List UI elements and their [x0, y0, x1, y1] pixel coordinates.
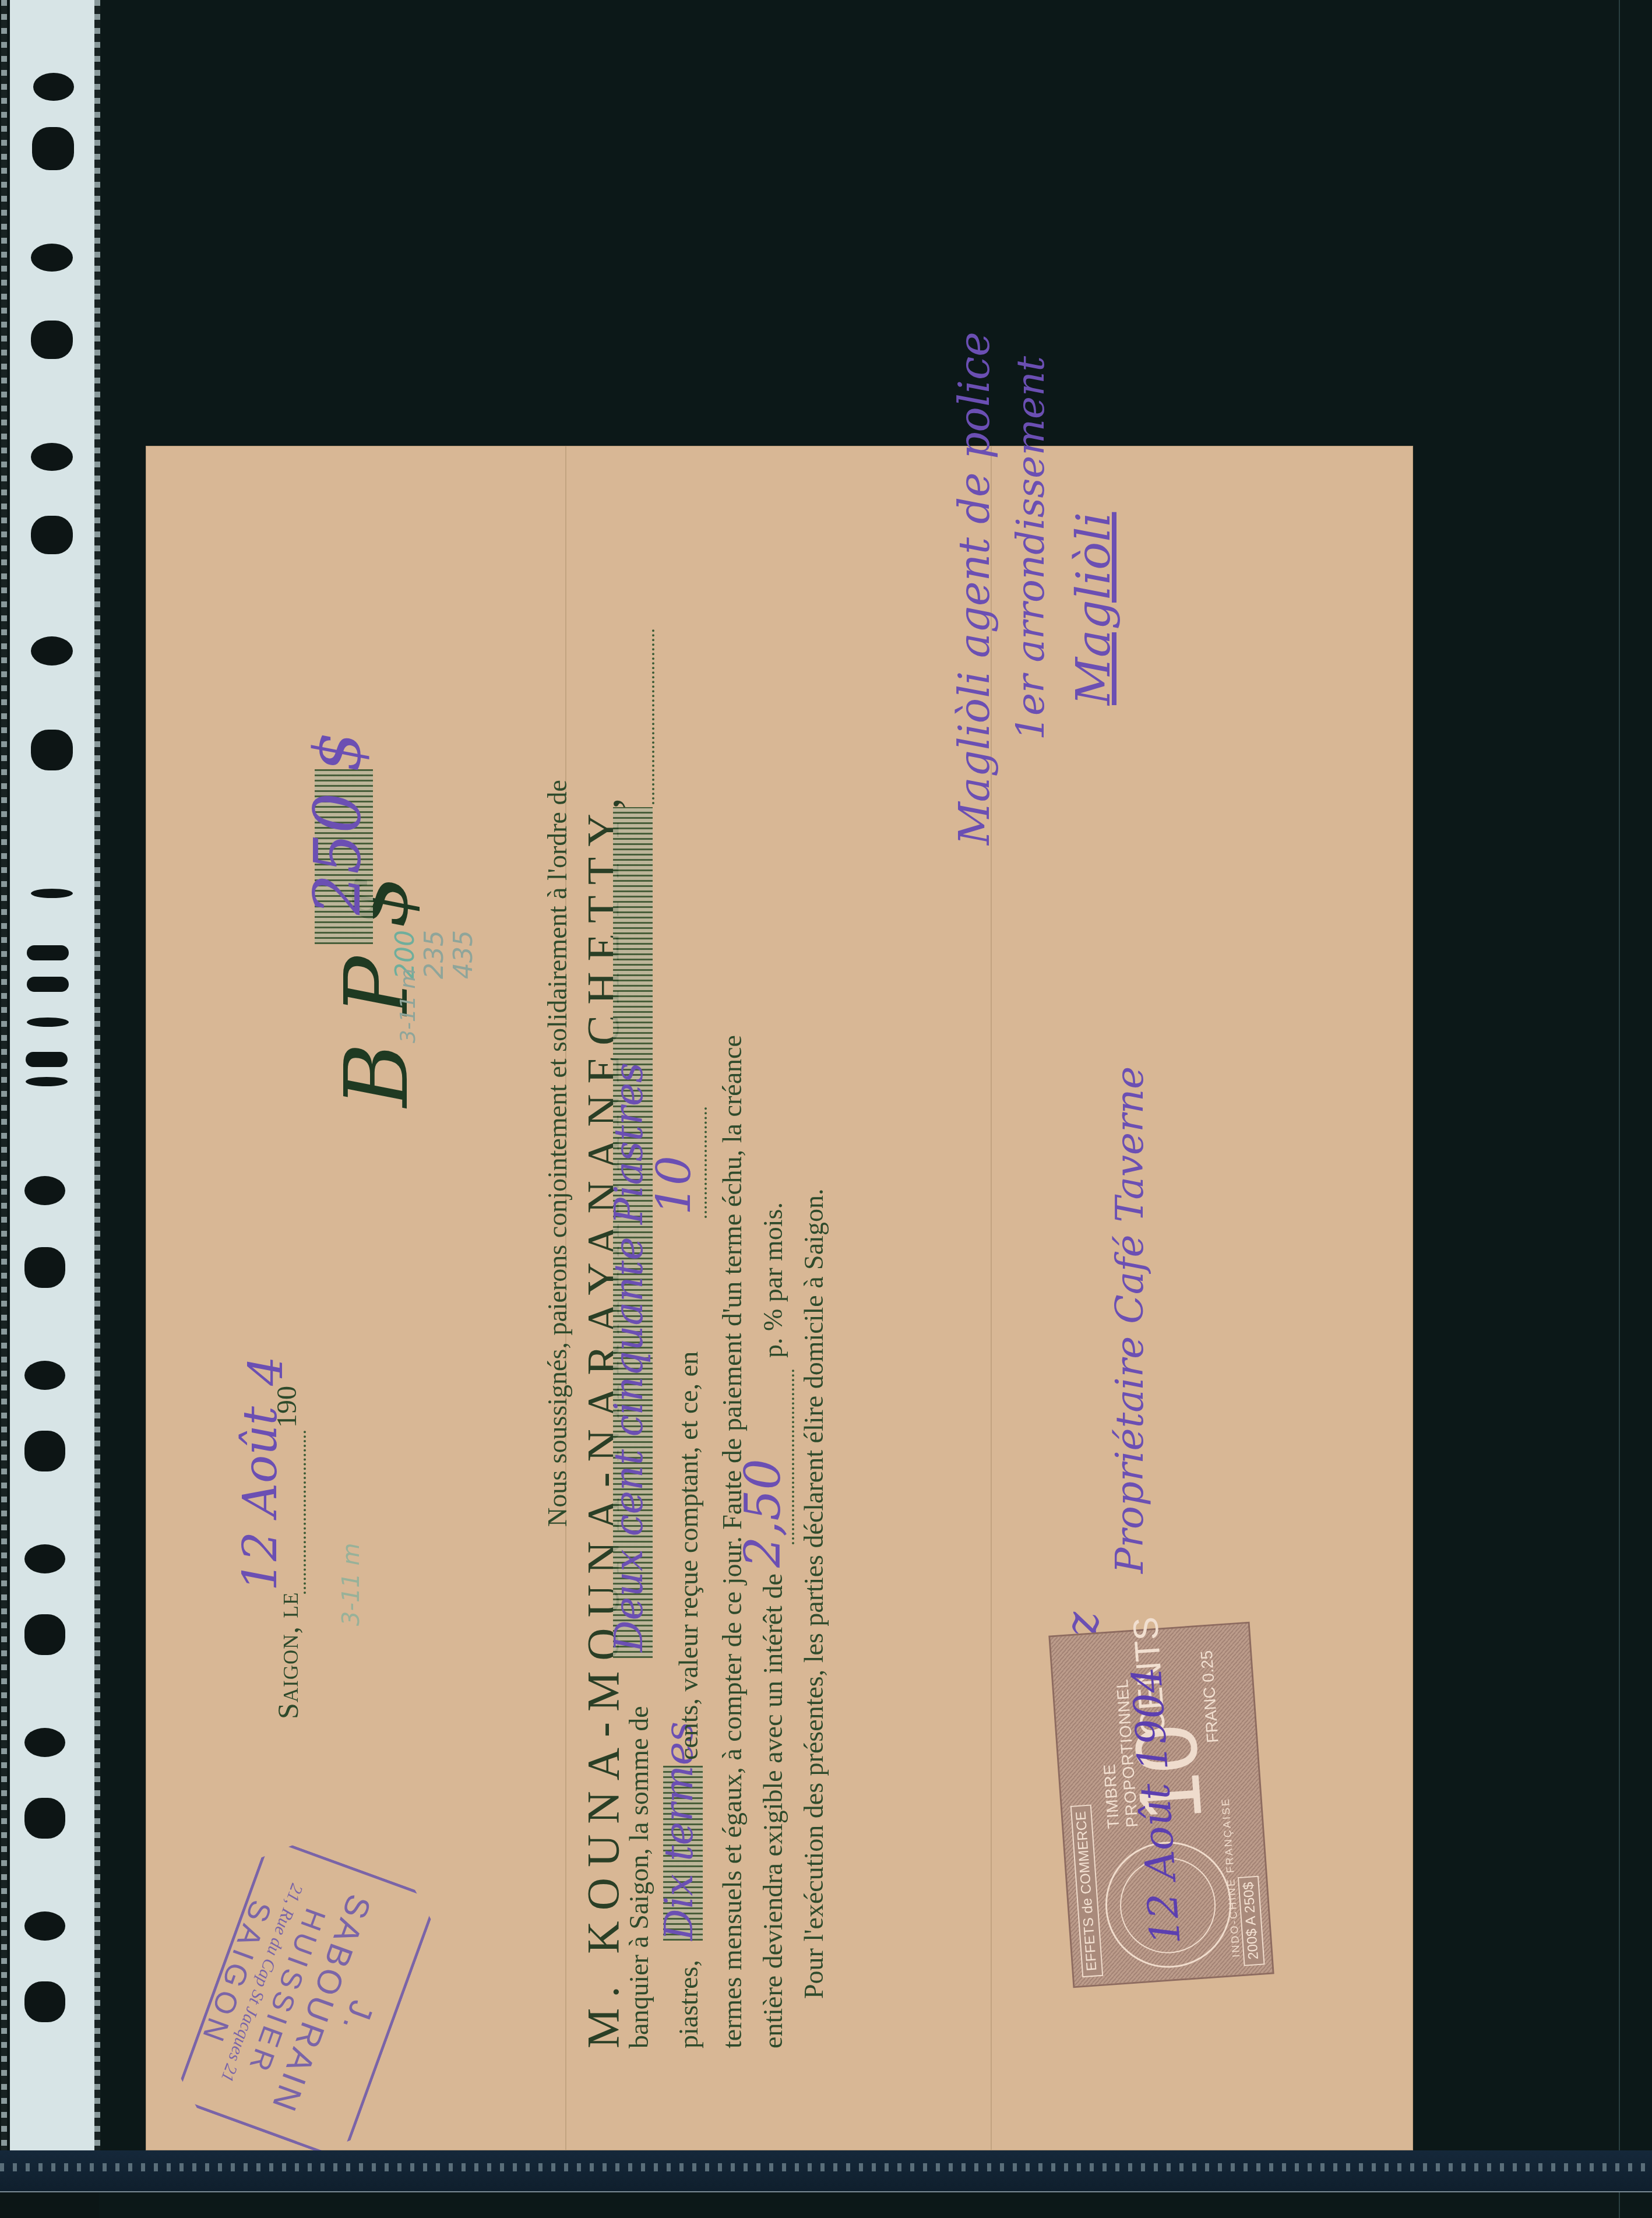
interest-dotted-line [787, 1369, 797, 1544]
body-line-7: Pour l'exécution des présentes, les part… [798, 1189, 829, 1999]
terms-handwritten: 10 [647, 1156, 701, 1215]
amount-handwritten: 250 $ [300, 731, 375, 915]
punch-hole [24, 1176, 65, 1205]
punch-hole [31, 730, 73, 770]
witness-line-2: 1er arrondissement [1008, 356, 1053, 740]
punch-hole [24, 1544, 65, 1573]
punch-hole [32, 127, 74, 170]
punch-hole [33, 73, 74, 101]
binder-edge [0, 0, 99, 2218]
punch-hole [27, 977, 69, 992]
revenue-stamp-top-label: EFFETS de COMMERCE [1070, 1805, 1103, 1977]
binder-strip [10, 0, 94, 2174]
punch-hole [31, 516, 73, 554]
sum-handwritten: Deux cent cinquante Piastres [606, 1062, 652, 1652]
punch-hole [27, 1018, 69, 1027]
punch-hole [24, 1798, 65, 1839]
sum-dotted-line [647, 629, 657, 804]
interest-handwritten: 2,50 [734, 1459, 791, 1568]
punch-hole [26, 1077, 68, 1086]
sleeve-stitch-right [94, 0, 100, 2174]
sleeve-bottom-stitch [0, 2163, 1652, 2171]
punch-hole [31, 443, 73, 471]
date-dotted-line [298, 1431, 309, 1594]
pencil-note-amount: 3-11 m [396, 969, 420, 1043]
punch-hole [24, 1431, 65, 1471]
revenue-stamp: EFFETS de COMMERCE INDO-CHINE FRANÇAISE … [1048, 1622, 1274, 1988]
punch-hole [31, 636, 73, 666]
body-line-4-prefix: piastres, [673, 1960, 704, 2048]
punch-hole [24, 1981, 65, 2022]
punch-hole [24, 1728, 65, 1757]
punch-hole [27, 945, 69, 960]
signer-title: Propriétaire Café Taverne [1107, 1066, 1152, 1573]
body-line-1: Nous soussignés, paierons conjointement … [542, 780, 573, 1527]
pencil-calc-2: 235 [420, 930, 449, 979]
year-handwritten: 4 [239, 1356, 293, 1386]
body-line-4-middle: cents, valeur reçue comptant, et ce, en [673, 1351, 704, 1760]
place-label: Saigon, le [271, 1592, 305, 1719]
punch-hole [26, 1052, 68, 1067]
punch-hole [24, 1614, 65, 1655]
punch-hole [24, 1247, 65, 1288]
body-line-6-suffix: p. % par mois. [758, 1202, 788, 1358]
body-line-3-prefix: banquier à Saigon, la somme de [624, 1706, 654, 2048]
document-content: Saigon, le 12 Août 190 4 3-11 m B P $ 25… [146, 446, 1413, 2150]
date-handwritten: 12 Août [233, 1406, 287, 1591]
huissier-stamp: J. SABOURAIN HUISSIER 21, Rue du Cap St … [173, 1836, 438, 2161]
punch-hole [24, 1911, 65, 1941]
punch-hole [31, 244, 73, 272]
sleeve-bottom-edge [0, 2150, 1652, 2192]
pencil-calc-3: 435 [449, 930, 478, 979]
witness-line-1: Magliòli agent de police [950, 332, 999, 845]
witness-signature: Magliòli [1066, 512, 1121, 705]
punch-hole [24, 1361, 65, 1390]
sleeve-stitch-left [1, 0, 7, 2174]
sleeve-edge [1619, 0, 1620, 2218]
punch-hole [31, 889, 73, 898]
punch-hole [31, 321, 73, 359]
year-printed: 190 [271, 1386, 303, 1428]
pencil-note-date: 3-11 m [338, 1543, 365, 1626]
body-line-6-prefix: entière deviendra exigible avec un intér… [758, 1573, 788, 2048]
promissory-note-paper: Saigon, le 12 Août 190 4 3-11 m B P $ 25… [146, 446, 1413, 2150]
terms-dotted-line [699, 1107, 710, 1218]
